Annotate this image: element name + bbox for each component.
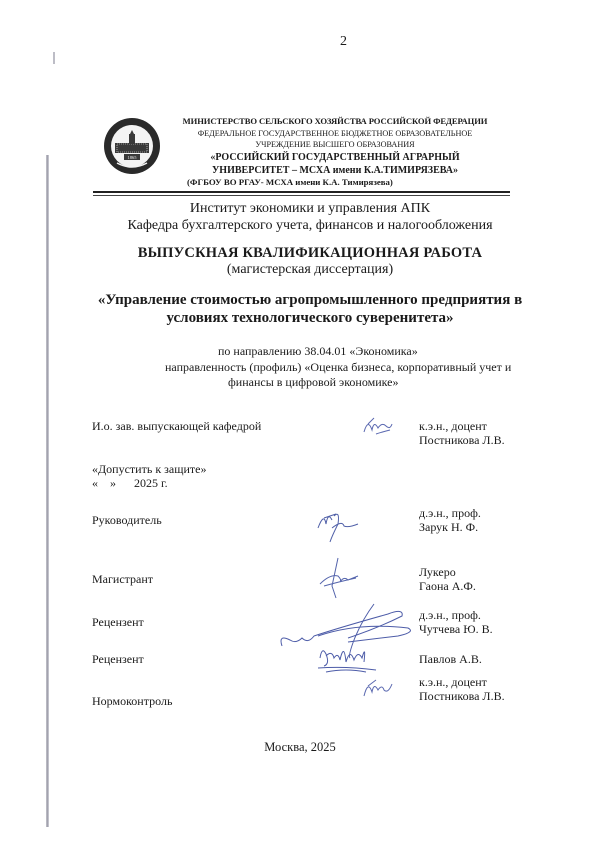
supervisor-label: Руководитель xyxy=(92,513,162,528)
header-line-abbreviation: (ФГБОУ ВО РГАУ- МСХА имени К.А. Тимирязе… xyxy=(187,177,495,189)
signature-norm-control-icon xyxy=(362,676,396,705)
norm-control-degree: к.э.н., доцент xyxy=(419,675,505,689)
signature-head-icon xyxy=(360,414,396,443)
reviewer-1-credentials: д.э.н., проф. Чутчева Ю. В. xyxy=(419,608,493,636)
reviewer-1-name: Чутчева Ю. В. xyxy=(419,622,493,636)
head-credentials: к.э.н., доцент Постникова Л.В. xyxy=(419,419,505,447)
header-line-ministry: МИНИСТЕРСТВО СЕЛЬСКОГО ХОЗЯЙСТВА РОССИЙС… xyxy=(175,116,495,128)
supervisor-name: Зарук Н. Ф. xyxy=(419,520,481,534)
study-profile-line-2: финансы в цифровой экономике» xyxy=(228,375,398,390)
header-line-federal: ФЕДЕРАЛЬНОЕ ГОСУДАРСТВЕННОЕ БЮДЖЕТНОЕ ОБ… xyxy=(175,128,495,140)
head-name: Постникова Л.В. xyxy=(419,433,505,447)
admit-date: « » 2025 г. xyxy=(92,476,168,491)
student-surname: Лукеро xyxy=(419,565,476,579)
scan-artifact-tick xyxy=(53,52,55,64)
university-seal-icon: 1865 xyxy=(103,117,161,175)
student-label: Магистрант xyxy=(92,572,153,587)
page-number: 2 xyxy=(340,34,347,50)
city-year: Москва, 2025 xyxy=(60,740,540,755)
student-name: Гаона А.Ф. xyxy=(419,579,476,593)
admit-to-defense-label: «Допустить к защите» xyxy=(92,462,206,477)
norm-control-credentials: к.э.н., доцент Постникова Л.В. xyxy=(419,675,505,703)
institute-name: Институт экономики и управления АПК xyxy=(60,201,560,217)
reviewer-2-name: Павлов А.В. xyxy=(419,652,482,666)
reviewer-2-credentials: Павлов А.В. xyxy=(419,652,482,666)
work-type-title: ВЫПУСКНАЯ КВАЛИФИКАЦИОННАЯ РАБОТА xyxy=(60,245,560,262)
signature-student-icon xyxy=(318,556,362,605)
ministry-header: МИНИСТЕРСТВО СЕЛЬСКОГО ХОЗЯЙСТВА РОССИЙС… xyxy=(175,116,495,188)
header-line-institution: УЧРЕЖДЕНИЕ ВЫСШЕГО ОБРАЗОВАНИЯ xyxy=(175,139,495,151)
thesis-topic-line-2: условиях технологического суверенитета» xyxy=(60,310,560,327)
scan-artifact-edge xyxy=(46,155,49,827)
reviewer-1-label: Рецензент xyxy=(92,615,144,630)
norm-control-name: Постникова Л.В. xyxy=(419,689,505,703)
reviewer-1-degree: д.э.н., проф. xyxy=(419,608,493,622)
supervisor-degree: д.э.н., проф. xyxy=(419,506,481,520)
norm-control-label: Нормоконтроль xyxy=(92,694,172,709)
supervisor-credentials: д.э.н., проф. Зарук Н. Ф. xyxy=(419,506,481,534)
work-subtype: (магистерская диссертация) xyxy=(60,262,560,278)
reviewer-2-label: Рецензент xyxy=(92,652,144,667)
signature-supervisor-icon xyxy=(314,506,360,551)
header-divider-thin xyxy=(93,195,510,196)
student-credentials: Лукеро Гаона А.Ф. xyxy=(419,565,476,593)
study-direction: по направлению 38.04.01 «Экономика» xyxy=(218,344,418,359)
svg-text:1865: 1865 xyxy=(128,155,138,160)
head-degree: к.э.н., доцент xyxy=(419,419,505,433)
head-of-department-label: И.о. зав. выпускающей кафедрой xyxy=(92,419,261,434)
thesis-topic-line-1: «Управление стоимостью агропромышленного… xyxy=(60,292,560,309)
signature-reviewer-2-icon xyxy=(316,638,386,679)
study-profile-line-1: направленность (профиль) «Оценка бизнеса… xyxy=(165,360,511,375)
header-divider-thick xyxy=(93,191,510,193)
department-name: Кафедра бухгалтерского учета, финансов и… xyxy=(60,218,560,234)
header-line-university-1: «РОССИЙСКИЙ ГОСУДАРСТВЕННЫЙ АГРАРНЫЙ xyxy=(175,151,495,164)
header-line-university-2: УНИВЕРСИТЕТ – МСХА имени К.А.ТИМИРЯЗЕВА» xyxy=(175,164,495,177)
